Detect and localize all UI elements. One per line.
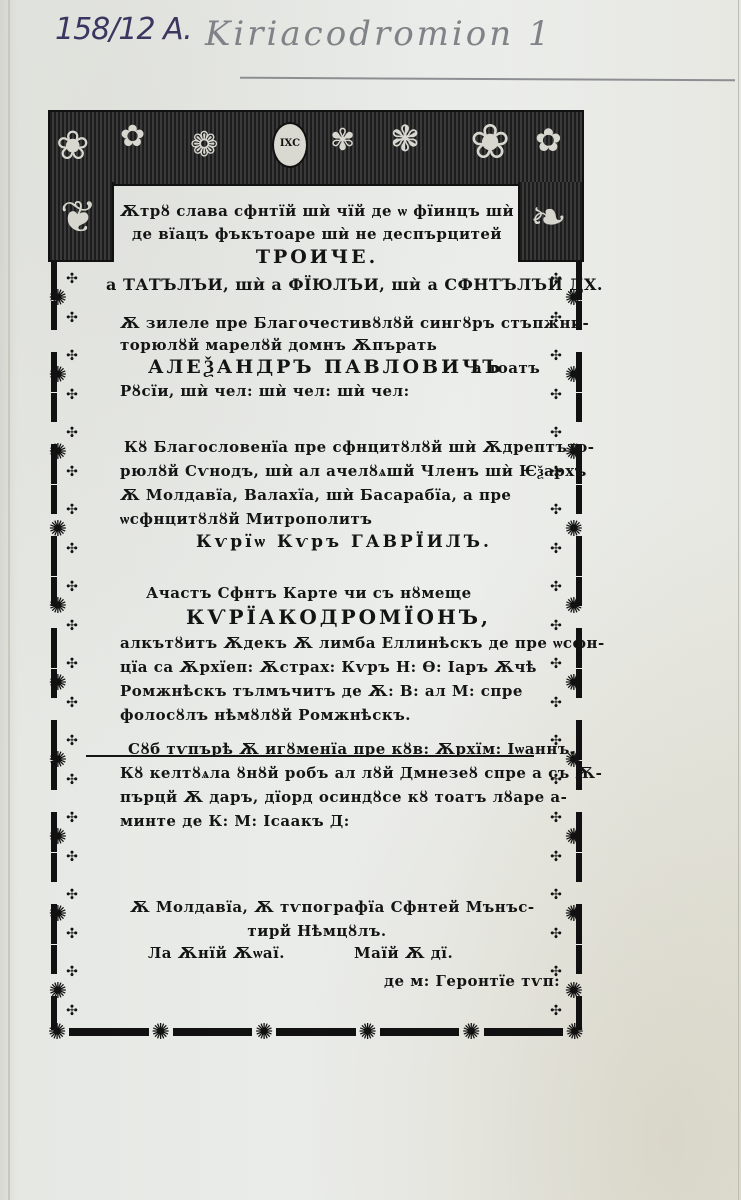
page-right-edge: [738, 0, 739, 1200]
vine-icon: ✣: [66, 465, 78, 479]
imprint-printer: де м: Геронтїе тѵп:: [384, 972, 560, 990]
rosette-icon: ✺: [462, 1020, 480, 1045]
vine-icon: ✣: [550, 811, 562, 825]
page-edge: [8, 0, 10, 1200]
imprint-line-1: Ѫ Молдавїа, Ѫ тѵпографїа Сфнтей Мънъс-: [130, 898, 535, 916]
floral-ornament-icon: ✾: [330, 126, 355, 156]
rosette-icon: ✺: [359, 1020, 377, 1045]
floral-ornament-icon: ❀: [470, 118, 510, 166]
dedication-line-4: а ТАТЪЛЪИ, шѝ а ФЇЮЛЪИ, шѝ а СФНТЪЛЪИ ДХ…: [106, 275, 603, 294]
floral-ornament-icon: ✿: [120, 122, 145, 152]
dedication-line-2: де вїацъ фъкътоаре шѝ не деспърцитей: [48, 225, 586, 243]
border-bar: [69, 1028, 148, 1036]
vine-icon: ✣: [66, 850, 78, 864]
rosette-icon: ✺: [565, 673, 583, 695]
rosette-icon: ✺: [565, 519, 583, 541]
blessing-line-2: рюлȣй Сѵнодъ, шѝ ал ачелȣѧшй Членъ шѝ Ѥѯ…: [120, 462, 587, 481]
border-bar: [173, 1028, 252, 1036]
vine-icon: ✣: [550, 580, 562, 594]
pencil-title-annotation: Kiriacodromion 1: [205, 14, 553, 54]
vine-icon: ✣: [66, 773, 78, 787]
title-line-3: алкътȣитъ Ѫдекъ Ѫ лимба Еллинѣскъ де пре…: [120, 634, 605, 653]
floral-ornament-icon: ✿: [535, 124, 562, 156]
vine-icon: ✣: [66, 888, 78, 902]
title-line-5: Ромжнѣскъ тълмъчитъ де Ѫ: В: ал М: спре: [120, 682, 523, 700]
vine-icon: ✣: [66, 696, 78, 710]
dedication-trinity: ТРОИЧЕ.: [48, 246, 586, 268]
vine-icon: ✣: [66, 1004, 78, 1018]
vine-icon: ✣: [550, 542, 562, 556]
vine-icon: ✣: [66, 311, 78, 325]
vine-icon: ✣: [550, 850, 562, 864]
abbot-line-2: Кȣ келтȣѧла ȣнȣй робъ ал лȣй Дмнезеȣ спр…: [120, 764, 602, 783]
reign-line-4: Рȣсїи, шѝ чел: шѝ чел: шѝ чел:: [120, 382, 410, 400]
pencil-underline: [240, 77, 735, 82]
imprint-month: Маїй Ѫ дї.: [354, 944, 453, 962]
title-intro-line: Ачастъ Сфнтъ Карте чи съ нȣмеще: [146, 584, 472, 602]
vine-icon: ✣: [550, 349, 562, 363]
vine-column: ✣✣✣✣✣✣✣✣✣✣✣✣✣✣✣✣✣✣✣✣: [64, 260, 80, 1030]
rosette-icon: ✺: [565, 981, 583, 1003]
floral-ornament-icon: ❁: [190, 128, 219, 162]
border-bar: [276, 1028, 355, 1036]
vine-icon: ✣: [66, 811, 78, 825]
rosette-icon: ✺: [152, 1020, 170, 1045]
vine-icon: ✣: [66, 580, 78, 594]
floral-ornament-icon: ❀: [56, 126, 90, 166]
ixc-medallion-icon: IXC: [272, 122, 308, 168]
vine-icon: ✣: [66, 388, 78, 402]
abbot-line-3: пърцй Ѫ даръ, дїорд осиндȣсе кȣ тоатъ лȣ…: [120, 788, 567, 806]
title-line-6: фолосȣлъ нѣмȣлȣй Ромжнѣскъ.: [120, 706, 411, 724]
blessing-line-1: Кȣ Благословенїа пре сфнцитȣлȣй шѝ Ѫдреп…: [124, 438, 594, 456]
vine-icon: ✣: [550, 388, 562, 402]
rosette-icon: ✺: [565, 365, 583, 387]
rosette-icon: ✺: [565, 827, 583, 849]
headpiece-ornament: ❀ ✿ ❁ IXC ✾ ❃ ❀ ✿: [48, 110, 584, 186]
divider-rule: [86, 755, 534, 757]
border-bar: [484, 1028, 563, 1036]
imprint-year: Ла Ѫнїй Ѫѡаї.: [148, 944, 285, 963]
rosette-icon: ✺: [255, 1020, 273, 1045]
vine-icon: ✣: [66, 542, 78, 556]
reign-line-1: Ѫ зилеле пре Благочестивȣлȣй сингȣръ стъ…: [120, 314, 589, 332]
imprint-line-2: тирй Нѣмцȣлъ.: [48, 922, 586, 940]
vine-icon: ✣: [66, 503, 78, 517]
rosette-icon: ✺: [565, 596, 583, 618]
vine-icon: ✣: [66, 734, 78, 748]
vine-icon: ✣: [550, 696, 562, 710]
vine-icon: ✣: [550, 1004, 562, 1018]
shelfmark-annotation: 158/12 A.: [55, 12, 192, 47]
blessing-line-3: Ѫ Молдавїа, Валахїа, шѝ Басарабїа, а пре: [120, 486, 511, 504]
title-line-4: цїа са Ѫрхїеп: Ѫстрах: Кѵръ Н: Ѳ: Іаръ Ѫ…: [120, 658, 537, 676]
vine-icon: ✣: [550, 657, 562, 671]
vine-icon: ✣: [66, 657, 78, 671]
book-title: КѴРЇАКОДРОМЇОНЪ,: [186, 605, 491, 629]
vine-icon: ✣: [550, 888, 562, 902]
blessing-line-4: ѡсфнцитȣлȣй Митрополитъ: [120, 510, 372, 529]
left-border-ornament: ✺✺✺✺✺✺✺✺✺✺ ✣✣✣✣✣✣✣✣✣✣✣✣✣✣✣✣✣✣✣✣: [48, 260, 82, 1030]
vine-icon: ✣: [66, 272, 78, 286]
vine-icon: ✣: [66, 349, 78, 363]
vine-icon: ✣: [66, 426, 78, 440]
vine-icon: ✣: [550, 619, 562, 633]
vine-icon: ✣: [66, 965, 78, 979]
bottom-border-ornament: ✺ ✺ ✺ ✺ ✺ ✺: [48, 1022, 584, 1042]
abbot-line-4: минте де К: М: Ісаакъ Д:: [120, 812, 350, 830]
vine-icon: ✣: [66, 619, 78, 633]
reign-line-3-tail: а тоатъ: [472, 359, 540, 377]
vine-icon: ✣: [550, 503, 562, 517]
metropolitan-name: Кѵрїѡ Кѵръ ГАВРЇИЛЪ.: [196, 532, 492, 552]
rosette-icon: ✺: [48, 1020, 66, 1045]
emperor-name: АЛЕѮАНДРЪ ПАВЛОВИЧЪ: [148, 356, 504, 379]
rosette-icon: ✺: [566, 1020, 584, 1045]
border-bar: [380, 1028, 459, 1036]
title-page-frame: ❀ ✿ ❁ IXC ✾ ❃ ❀ ✿ ❦ ❧ ✺✺✺✺✺✺✺✺✺✺ ✣✣✣✣✣✣✣…: [48, 110, 586, 1040]
reign-line-2: торюлȣй марелȣй домнъ Ѫпърать: [120, 336, 437, 354]
dedication-line-1: Ѫтрȣ слава сфнтїй шѝ чїй де ѡ фїинцъ шѝ: [48, 202, 586, 221]
floral-ornament-icon: ❃: [390, 122, 420, 158]
